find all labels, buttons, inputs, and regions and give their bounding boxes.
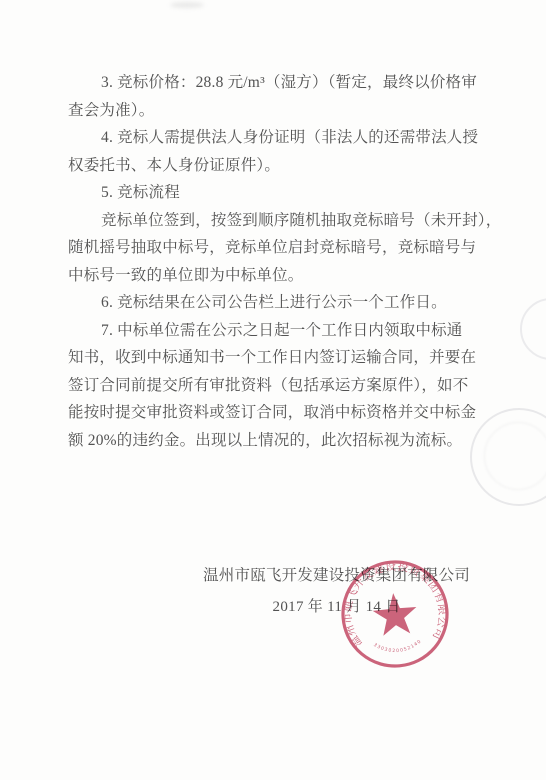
ghost-seal-artifact (520, 298, 546, 360)
document-body: 3. 竞标价格：28.8 元/m³（湿方）（暂定，最终以价格审查会为准）。4. … (68, 69, 508, 454)
scan-smudge-artifact (170, 2, 204, 8)
text-line: 额 20%的违约金。出现以上情况的，此次招标视为流标。 (68, 427, 508, 455)
company-seal: 温州市瓯飞开发建设投资集团有限公司 3303020052140 (335, 554, 454, 673)
text-line: 7. 中标单位需在公示之日起一个工作日内领取中标通 (68, 317, 508, 345)
seal-serial-container: 3303020052140 (372, 638, 424, 656)
scanned-document-page: 3. 竞标价格：28.8 元/m³（湿方）（暂定，最终以价格审查会为准）。4. … (0, 0, 546, 780)
text-line: 中标号一致的单位即为中标单位。 (68, 262, 508, 290)
star-icon (371, 591, 418, 636)
text-line: 5. 竞标流程 (68, 179, 508, 207)
text-line: 3. 竞标价格：28.8 元/m³（湿方）（暂定，最终以价格审 (68, 69, 508, 97)
text-line: 能按时提交审批资料或签订合同，取消中标资格并交中标金 (68, 399, 508, 427)
text-line: 查会为准）。 (68, 97, 508, 125)
text-line: 6. 竞标结果在公司公告栏上进行公示一个工作日。 (68, 289, 508, 317)
text-line: 知书，收到中标通知书一个工作日内签订运输合同，并要在 (68, 344, 508, 372)
text-line: 签订合同前提交所有审批资料（包括承运方案原件），如不 (68, 372, 508, 400)
text-line: 4. 竞标人需提供法人身份证明（非法人的还需带法人授 (68, 124, 508, 152)
text-line: 随机摇号抽取中标号，竞标单位启封竞标暗号，竞标暗号与 (68, 234, 508, 262)
text-line: 权委托书、本人身份证原件）。 (68, 152, 508, 180)
text-line: 竞标单位签到，按签到顺序随机抽取竞标暗号（未开封）， (68, 207, 508, 235)
seal-serial-number: 3303020052140 (372, 638, 424, 656)
